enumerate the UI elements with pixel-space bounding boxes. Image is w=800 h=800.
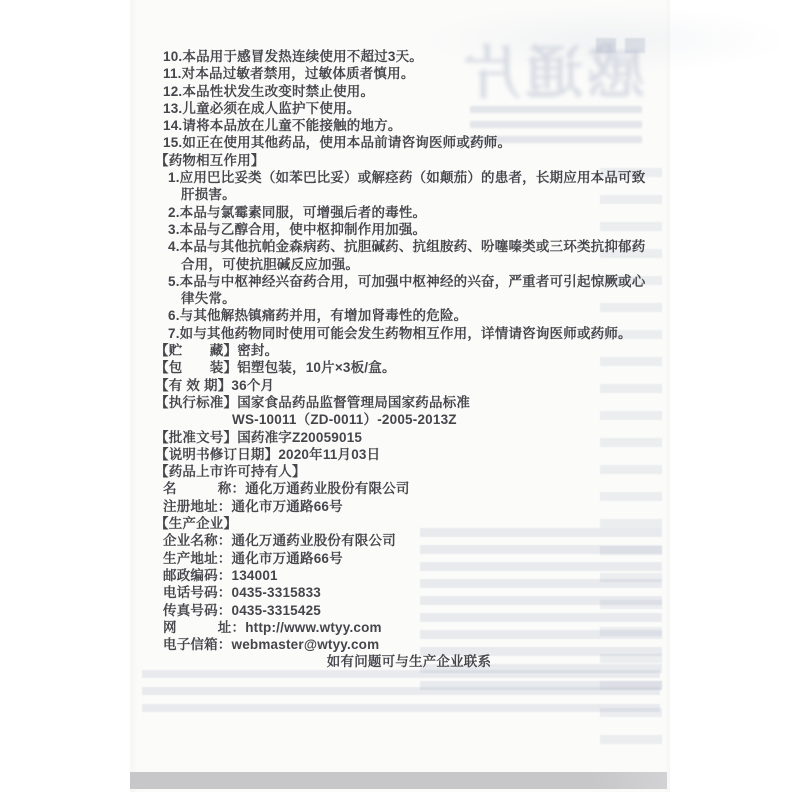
field-storage-label: 【贮 藏】 [155,343,237,358]
manufacturer-email-label: 电子信箱： [163,637,232,652]
manufacturer-fax-row: 传真号码：0435-3315425 [163,602,666,619]
field-validity: 【有 效 期】36个月 [155,377,666,394]
interaction-item-4: 4.本品与其他抗帕金森病药、抗胆碱药、抗组胺药、吩噻嗪类或三环类抗抑郁药 合用，… [152,238,666,273]
precaution-item-15: 15.如正在使用其他药品，使用本品前请咨询医师或药师。 [163,134,666,151]
field-standard-label: 【执行标准】 [155,395,237,410]
field-package-label: 【包 装】 [155,360,237,375]
interaction-item-7: 7.如与其他药物同时使用可能会发生药物相互作用，详情请咨询医师或药师。 [152,325,666,342]
field-storage: 【贮 藏】密封。 [155,342,666,359]
holder-address-label: 注册地址： [163,499,232,514]
holder-name-row: 名 称：通化万通药业股份有限公司 [163,480,666,497]
manufacturer-name-row: 企业名称：通化万通药业股份有限公司 [163,532,666,549]
interaction-item-6: 6.与其他解热镇痛药并用，有增加肾毒性的危险。 [152,307,666,324]
bleedthrough-bottom-lines [142,670,660,716]
manufacturer-website-row: 网 址：http://www.wtyy.com [163,619,666,636]
field-validity-label: 【有 效 期】 [155,378,231,393]
field-revision-value: 2020年11月03日 [278,447,380,462]
manufacturer-fax-label: 传真号码： [163,603,232,618]
manufacturer-address-row: 生产地址：通化市万通路66号 [163,550,666,567]
manufacturer-postcode-label: 邮政编码： [163,568,232,583]
paper-bottom-edge-strip [130,772,667,789]
precaution-item-12: 12.本品性状发生改变时禁止使用。 [163,83,666,100]
manufacturer-phone-row: 电话号码：0435-3315833 [163,584,666,601]
interaction-item-1: 1.应用巴比妥类（如苯巴比妥）或解痉药（如颠茄）的患者，长期应用本品可致 肝损害… [152,169,666,204]
precaution-item-11: 11.对本品过敏者禁用，过敏体质者慎用。 [163,65,666,82]
field-standard-code: WS-10011（ZD-0011）-2005-2013Z [232,411,666,428]
section-heading-license-holder: 【药品上市许可持有人】 [155,463,666,480]
interaction-item-2: 2.本品与氯霉素同服，可增强后者的毒性。 [152,204,666,221]
manufacturer-address-value: 通化市万通路66号 [232,551,343,566]
field-package-value: 铝塑包装，10片×3板/盒。 [237,360,395,375]
holder-address-row: 注册地址：通化市万通路66号 [163,498,666,515]
precaution-item-10: 10.本品用于感冒发热连续使用不超过3天。 [163,48,666,65]
manufacturer-phone-value: 0435-3315833 [232,585,321,600]
manufacturer-postcode-row: 邮政编码：134001 [163,567,666,584]
interaction-item-3: 3.本品与乙醇合用，使中枢抑制作用加强。 [152,221,666,238]
manufacturer-email-row: 电子信箱：webmaster@wtyy.com [163,636,666,653]
contact-footer-note: 如有问题可与生产企业联系 [152,653,666,670]
field-revision-date: 【说明书修订日期】2020年11月03日 [155,446,666,463]
manufacturer-address-label: 生产地址： [163,551,232,566]
section-heading-manufacturer: 【生产企业】 [155,515,666,532]
field-validity-value: 36个月 [231,378,274,393]
leaflet-text-column: 10.本品用于感冒发热连续使用不超过3天。 11.对本品过敏者禁用，过敏体质者慎… [152,48,666,671]
holder-name-label: 名 称： [163,481,245,496]
field-approval-value: 国药准字Z20059015 [237,430,362,445]
manufacturer-postcode-value: 134001 [232,568,278,583]
holder-address-value: 通化市万通路66号 [232,499,343,514]
manufacturer-phone-label: 电话号码： [163,585,232,600]
field-standard: 【执行标准】国家食品药品监督管理局国家药品标准 [155,394,666,411]
field-storage-value: 密封。 [237,343,278,358]
manufacturer-name-value: 通化万通药业股份有限公司 [232,533,396,548]
field-revision-label: 【说明书修订日期】 [155,447,278,462]
field-approval-label: 【批准文号】 [155,430,237,445]
manufacturer-website-label: 网 址： [163,620,245,635]
manufacturer-email-value: webmaster@wtyy.com [232,637,380,652]
manufacturer-name-label: 企业名称： [163,533,232,548]
interaction-item-5: 5.本品与中枢神经兴奋药合用，可加强中枢神经的兴奋，严重者可引起惊厥或心 律失常… [152,273,666,308]
precaution-item-13: 13.儿童必须在成人监护下使用。 [163,100,666,117]
section-heading-drug-interactions: 【药物相互作用】 [155,152,666,169]
holder-name-value: 通化万通药业股份有限公司 [245,481,409,496]
field-standard-value: 国家食品药品监督管理局国家药品标准 [237,395,470,410]
field-approval-number: 【批准文号】国药准字Z20059015 [155,429,666,446]
precaution-item-14: 14.请将本品放在儿童不能接触的地方。 [163,117,666,134]
manufacturer-website-value: http://www.wtyy.com [245,620,382,635]
field-package: 【包 装】铝塑包装，10片×3板/盒。 [155,359,666,376]
manufacturer-fax-value: 0435-3315425 [232,603,321,618]
